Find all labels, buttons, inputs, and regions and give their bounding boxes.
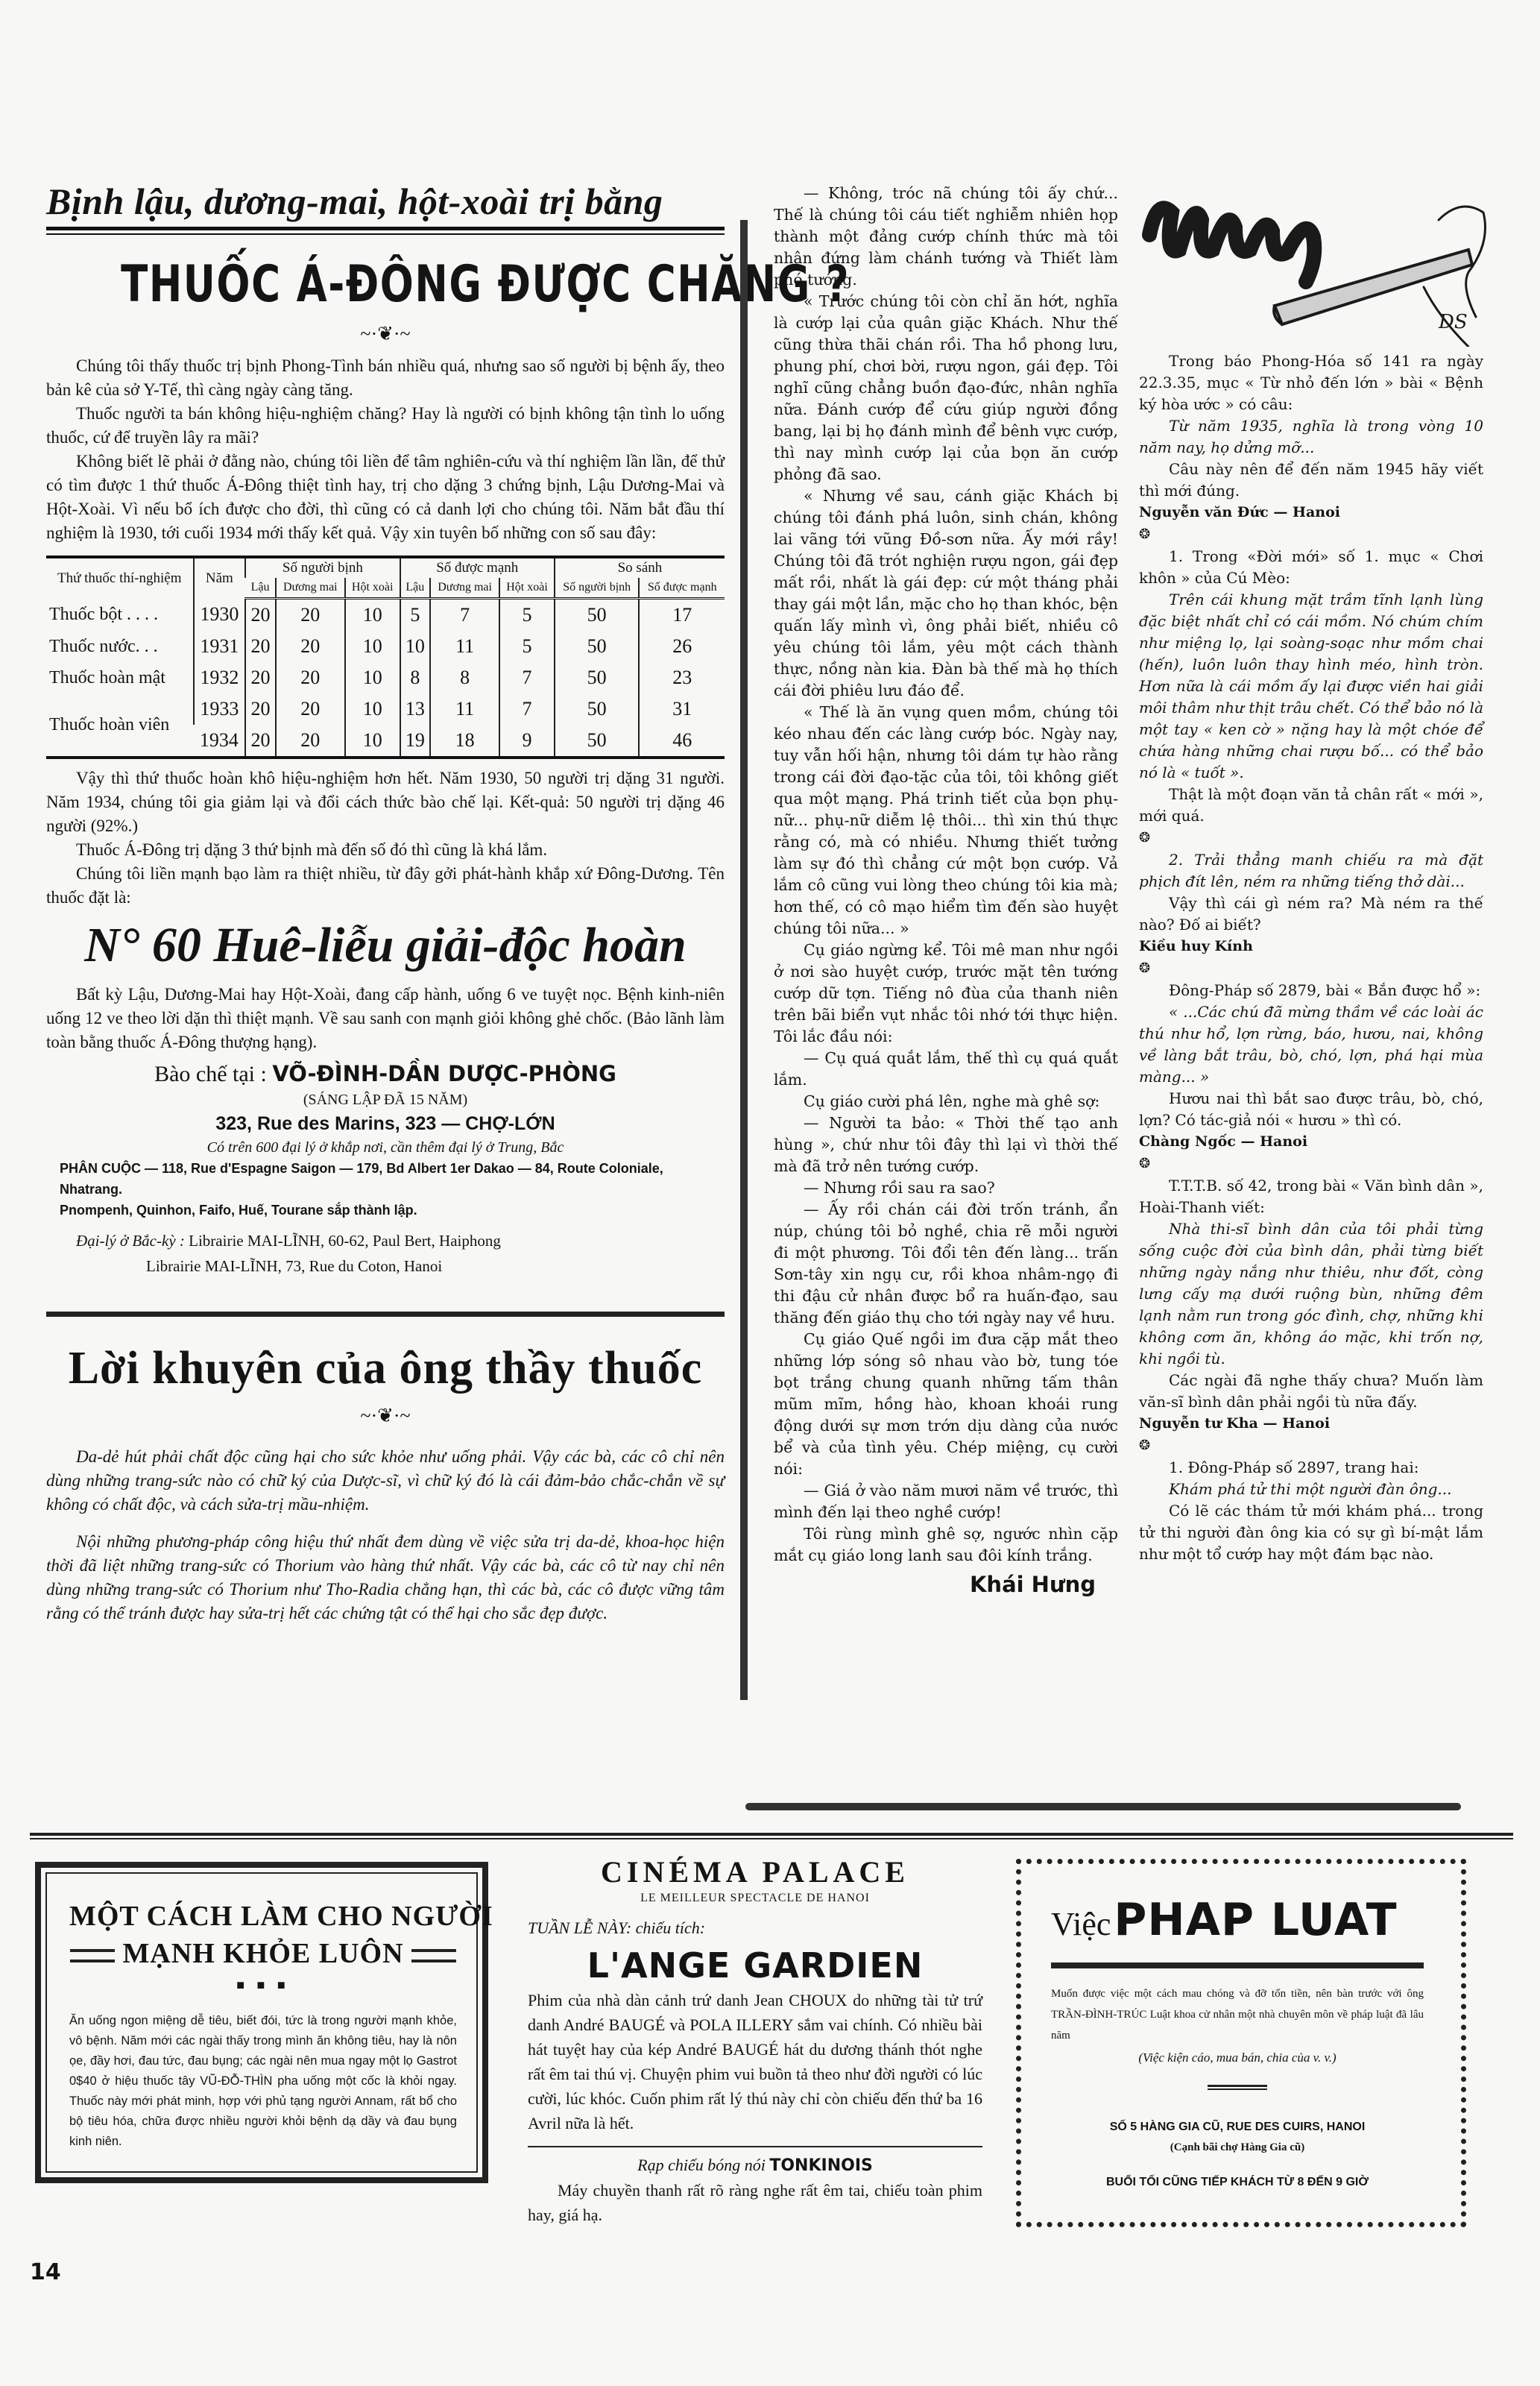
column-item: 1. Đông-Pháp số 2897, trang hai: [1139,1457,1483,1479]
ad-body: Ăn uống ngon miệng dễ tiêu, biết đói, tứ… [69,2011,457,2152]
ad-phap-luat: Việc PHAP LUAT Muốn được việc một cách m… [1016,1859,1466,2227]
article-paragraph: Không biết lẽ phải ở đằng nào, chúng tôi… [46,450,725,545]
separator-icon: ❂ [1139,523,1483,546]
column-item: Vậy thì cái gì ném ra? Mà ném ra thế nào… [1139,893,1483,936]
story-paragraph: — Cụ quá quắt lắm, thế thì cụ quá quắt l… [774,1048,1118,1091]
bar-ornament-icon [411,1949,456,1962]
story-paragraph: — Người ta bảo: « Thời thế tạo anh hùng … [774,1112,1118,1177]
column-bottom-rule [745,1803,1461,1810]
column-item: Đông-Pháp số 2879, bài « Bắn được hổ »: [1139,980,1483,1001]
founded-note: (SÁNG LẬP ĐÃ 15 NĂM) [46,1089,725,1110]
title-rule [1051,1962,1424,1968]
product-description: Bất kỳ Lậu, Dương-Mai hay Hột-Xoài, đang… [46,983,725,1054]
cinema-tagline: LE MEILLEUR SPECTACLE DE HANOI [528,1889,982,1907]
ornament-divider-icon: ~·❦·~ [46,1405,725,1427]
law-ad-scope: (Việc kiện cáo, mua bán, chia của v. v.) [1051,2046,1424,2070]
advice-paragraph: Da-dẻ hút phải chất độc cũng hại cho sức… [46,1445,725,1517]
article-paragraph: Vậy thì thứ thuốc hoàn khô hiệu-nghiệm h… [46,767,725,838]
maker-label: Bào chế tại : [154,1062,267,1086]
article-paragraph: Thuốc người ta bán không hiệu-nghiệm chă… [46,402,725,450]
article-paragraph: Chúng tôi thấy thuốc trị bịnh Phong-Tình… [46,354,725,402]
ad-title-line2: MẠNH KHỎE LUÔN [69,1935,457,1972]
column-quote: Trên cái khung mặt trầm tĩnh lạnh lùng đ… [1139,589,1483,784]
ornament-divider-icon: ~·❦·~ [46,323,725,345]
story-paragraph: Tôi rùng mình ghê sợ, ngước nhìn cặp mắt… [774,1523,1118,1567]
column-item: Hươu nai thì bắt sao được trâu, bò, chó,… [1139,1088,1483,1131]
advice-paragraph: Nội những phương-pháp công hiệu thứ nhất… [46,1530,725,1625]
sub-header: Dương mai [276,578,345,599]
branches-soon: Pnompenh, Quinhon, Faifo, Huế, Tourane s… [46,1200,725,1221]
product-name: N° 60 Huê-liễu giải-độc hoàn [46,916,725,975]
group-header-compare: So sánh [555,557,725,578]
sub-header: Lậu [245,578,276,599]
contributor-signature: Chàng Ngốc — Hanoi [1139,1131,1483,1153]
square-dots-icon: ■ ■ ■ [69,1972,457,1998]
tonkinois-description: Máy chuyền thanh rất rõ ràng nghe rất êm… [528,2178,982,2227]
story-continuation: — Không, tróc nã chúng tôi ấy chứ... Thế… [774,183,1118,1596]
ads-divider-rule [30,1833,1513,1839]
column-rule [740,220,748,1700]
column-item: Thật là một đoạn văn tả chân rất « mới »… [1139,784,1483,827]
ad-title-line1: MỘT CÁCH LÀM CHO NGƯỜI [69,1898,457,1935]
kicker-rule [46,227,725,235]
group-header-sick: Số người bịnh [245,557,400,578]
column-quote: Từ năm 1935, nghĩa là trong vòng 10 năm … [1139,415,1483,459]
sub-header: Số được mạnh [639,578,725,599]
this-week-label: TUẦN LỄ NÀY: chiếu tích: [528,1913,982,1943]
razor-hand-illustration-icon: DS [1140,175,1498,347]
col-header-medicine: Thứ thuốc thí-nghiệm [46,557,194,599]
branches: PHÂN CUỘC — 118, Rue d'Espagne Saigon — … [46,1158,725,1200]
author-signature: Khái Hưng [774,1574,1118,1596]
article-headline: THUỐC Á-ĐÔNG ĐƯỢC CHĂNG ? [121,254,650,315]
film-description: Phim của nhà dàn cảnh trứ danh Jean CHOU… [528,1988,982,2135]
table-row: Thuốc bột . . . . 1930 20 20 10 5 7 5 50… [46,599,725,632]
separator-icon: ❂ [1139,1153,1483,1175]
story-paragraph: « Nhưng về sau, cánh giặc Khách bị chúng… [774,485,1118,702]
sub-header: Số người bịnh [555,578,640,599]
cartoon-signature: DS [1438,311,1468,333]
column-quote: Khám phá tử thi một người đàn ông... [1139,1479,1483,1500]
contributor-signature: Nguyễn tư Kha — Hanoi [1139,1413,1483,1435]
article-kicker: Bịnh lậu, dương-mai, hột-xoài trị bằng [46,179,725,224]
story-paragraph: « Thế là ăn vụng quen mồm, chúng tôi kéo… [774,702,1118,939]
tonkinois-name: TONKINOIS [769,2156,873,2175]
tonkin-agent-2: Librairie MAI-LĨNH, 73, Rue du Coton, Ha… [46,1253,725,1279]
sub-header: Dương mai [430,578,499,599]
advice-title: Lời khuyên của ông thầy thuốc [46,1339,725,1397]
contributor-signature: Kiều huy Kính [1139,936,1483,957]
tonkinois-line: Rạp chiếu bóng nói TONKINOIS [528,2153,982,2178]
law-ad-hours: BUỔI TỐI CŨNG TIẾP KHÁCH TỪ 8 ĐẾN 9 GIỜ [1051,2172,1424,2193]
column-item: 1. Trong «Đời mới» số 1. mục « Chơi khôn… [1139,546,1483,589]
story-paragraph: — Nhưng rồi sau ra sao? [774,1177,1118,1199]
sub-header: Lậu [400,578,431,599]
law-ad-title: Việc PHAP LUAT [1051,1894,1424,1958]
film-title: L'ANGE GARDIEN [528,1943,982,1988]
agents-note: Có trên 600 đại lý ở khắp nơi, cần thêm … [46,1137,725,1158]
law-ad-body: Muốn được việc một cách mau chóng và đỡ … [1051,1983,1424,2046]
tonkin-label: Đại-lý ở Bắc-kỳ : [76,1232,185,1250]
column-quote: Nhà thi-sĩ bình dân của tôi phải từng số… [1139,1218,1483,1370]
sub-header: Hột xoài [499,578,555,599]
page-number: 14 [30,2259,61,2285]
ad-cinema-palace: CINÉMA PALACE LE MEILLEUR SPECTACLE DE H… [528,1855,982,2227]
story-paragraph: « Trước chúng tôi còn chỉ ăn hớt, nghĩa … [774,291,1118,485]
article-paragraph: Thuốc Á-Đông trị dặng 3 thứ bịnh mà đến … [46,838,725,862]
article-paragraph: Chúng tôi liền mạnh bạo làm ra thiệt nhi… [46,862,725,910]
contributor-signature: Nguyễn văn Đức — Hanoi [1139,502,1483,523]
section-header-cartoon: DS [1140,175,1498,347]
divider [528,2146,982,2147]
ad-gastrot: MỘT CÁCH LÀM CHO NGƯỜI MẠNH KHỎE LUÔN ■ … [35,1862,488,2183]
law-ad-address: SỐ 5 HÀNG GIA CŨ, RUE DES CUIRS, HANOI [1051,2117,1424,2138]
story-paragraph: Cụ giáo cười phá lên, nghe mà ghê sợ: [774,1091,1118,1112]
column-quote: 2. Trải thẳng manh chiếu ra mà đặt phịch… [1139,849,1483,893]
group-header-cured: Số được mạnh [400,557,555,578]
table-row: Thuốc hoàn mật 1932 20 20 10 8 8 7 50 23 [46,662,725,693]
story-paragraph: — Giá ở vào năm mươi năm về trước, thì m… [774,1480,1118,1523]
table-row: Thuốc nước. . . 1931 20 20 10 10 11 5 50… [46,631,725,662]
maker-address: 323, Rue des Marins, 323 — CHỢ-LỚN [46,1110,725,1137]
maker-line: Bào chế tại : VÕ-ĐÌNH-DẦN DƯỢC-PHÒNG [46,1059,725,1089]
sub-header: Hột xoài [345,578,400,599]
column-quote: « ...Các chú đã mừng thầm về các loài ác… [1139,1001,1483,1088]
column-item: Trong báo Phong-Hóa số 141 ra ngày 22.3.… [1139,350,1483,415]
separator-icon: ❂ [1139,1435,1483,1457]
nhung-column: Trong báo Phong-Hóa số 141 ra ngày 22.3.… [1139,350,1483,1565]
law-ad-landmark: (Cạnh bãi chợ Hàng Gia cũ) [1051,2138,1424,2157]
cinema-name: CINÉMA PALACE [528,1855,982,1889]
separator-icon: ❂ [1139,957,1483,980]
tonkin-agent-1: Đại-lý ở Bắc-kỳ : Librairie MAI-LĨNH, 60… [46,1228,725,1253]
table-row: Thuốc hoàn viên 1933 20 20 10 13 11 7 50… [46,693,725,725]
column-item: Câu này nên để đến năm 1945 hãy viết thì… [1139,459,1483,502]
column-item: T.T.T.B. số 42, trong bài « Văn bình dân… [1139,1175,1483,1218]
bar-ornament-icon [70,1949,115,1962]
trial-results-table: Thứ thuốc thí-nghiệm Năm Số người bịnh S… [46,555,725,759]
short-rule [1208,2085,1267,2090]
separator-icon: ❂ [1139,827,1483,849]
story-paragraph: — Không, tróc nã chúng tôi ấy chứ... Thế… [774,183,1118,291]
column-item: Các ngài đã nghe thấy chưa? Muốn làm văn… [1139,1370,1483,1413]
col-header-year: Năm [194,557,246,599]
column-item: Có lẽ các thám tử mới khám phá... trong … [1139,1500,1483,1565]
section-rule [46,1312,725,1317]
story-paragraph: — Ấy rồi chán cái đời trốn tránh, ẩn núp… [774,1199,1118,1329]
maker-name: VÕ-ĐÌNH-DẦN DƯỢC-PHÒNG [272,1061,616,1086]
article-thuoc-a-dong: Bịnh lậu, dương-mai, hột-xoài trị bằng T… [46,179,725,1625]
story-paragraph: Cụ giáo ngừng kể. Tôi mê man như ngồi ở … [774,939,1118,1048]
story-paragraph: Cụ giáo Quế ngồi im đưa cặp mắt theo nhữ… [774,1329,1118,1480]
